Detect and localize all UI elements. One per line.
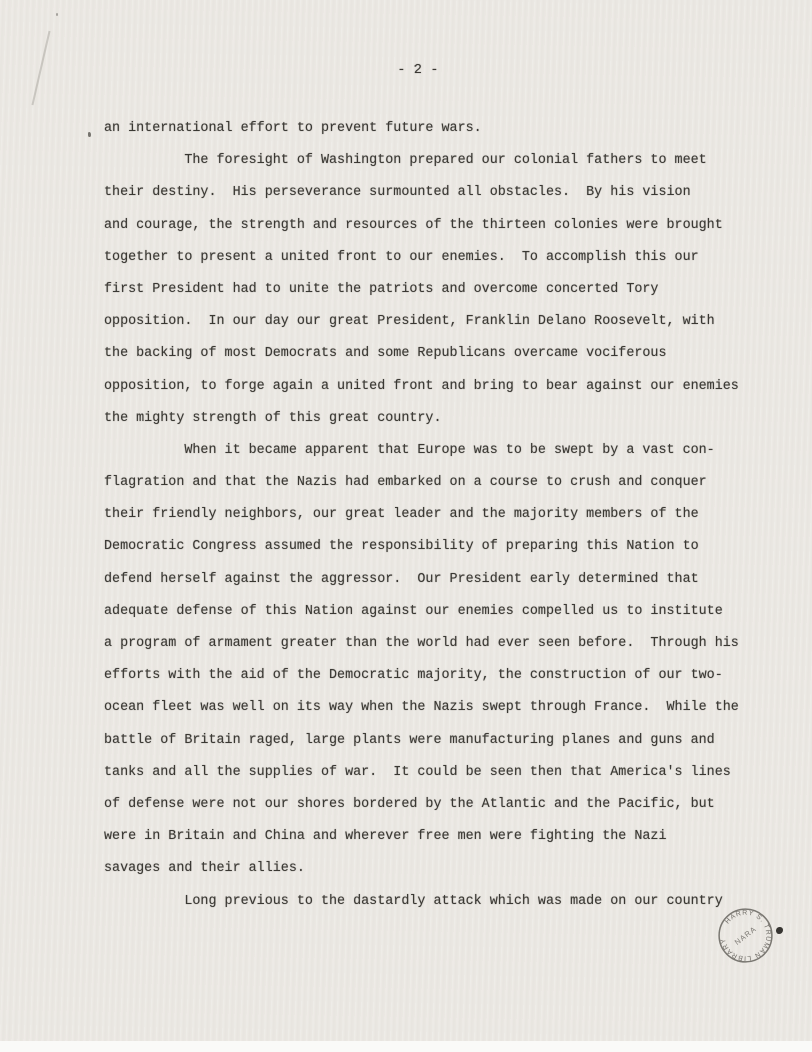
typewritten-line: savages and their allies. (104, 853, 784, 885)
ink-blot (776, 927, 783, 934)
typewritten-line: adequate defense of this Nation against … (104, 596, 784, 628)
typewritten-body: an international effort to prevent futur… (104, 113, 784, 918)
typewritten-line: flagration and that the Nazis had embark… (104, 467, 784, 499)
typewritten-line: battle of Britain raged, large plants we… (104, 725, 784, 757)
typewritten-line: Long previous to the dastardly attack wh… (104, 886, 784, 918)
typewritten-line: efforts with the aid of the Democratic m… (104, 660, 784, 692)
typewritten-line: an international effort to prevent futur… (104, 113, 784, 145)
typewritten-line: together to present a united front to ou… (104, 242, 784, 274)
typewritten-line: their destiny. His perseverance surmount… (104, 177, 784, 209)
typewritten-line: tanks and all the supplies of war. It co… (104, 757, 784, 789)
typewritten-line: The foresight of Washington prepared our… (104, 145, 784, 177)
typewritten-line: the backing of most Democrats and some R… (104, 338, 784, 370)
typewritten-line: their friendly neighbors, our great lead… (104, 499, 784, 531)
typewritten-line: of defense were not our shores bordered … (104, 789, 784, 821)
scanned-document-page: - 2 - an international effort to prevent… (0, 0, 812, 1052)
stamp-center-text: NARA (733, 924, 758, 947)
typewritten-line: opposition, to forge again a united fron… (104, 371, 784, 403)
typewritten-line: a program of armament greater than the w… (104, 628, 784, 660)
ink-speck (414, 65, 416, 67)
ink-speck (56, 13, 58, 16)
typewritten-line: defend herself against the aggressor. Ou… (104, 564, 784, 596)
typewritten-line: the mighty strength of this great countr… (104, 403, 784, 435)
typewritten-line: ocean fleet was well on its way when the… (104, 692, 784, 724)
typewritten-line: first President had to unite the patriot… (104, 274, 784, 306)
scan-edge (0, 1041, 812, 1052)
typewritten-line: opposition. In our day our great Preside… (104, 306, 784, 338)
archive-stamp: HARRY S. TRUMAN LIBRARY NARA (712, 902, 779, 969)
paper-scratch (31, 31, 50, 105)
typewritten-line: When it became apparent that Europe was … (104, 435, 784, 467)
typewritten-line: were in Britain and China and wherever f… (104, 821, 784, 853)
page-number: - 2 - (104, 64, 732, 78)
typewritten-line: and courage, the strength and resources … (104, 210, 784, 242)
typewritten-line: Democratic Congress assumed the responsi… (104, 531, 784, 563)
ink-speck (88, 132, 91, 137)
